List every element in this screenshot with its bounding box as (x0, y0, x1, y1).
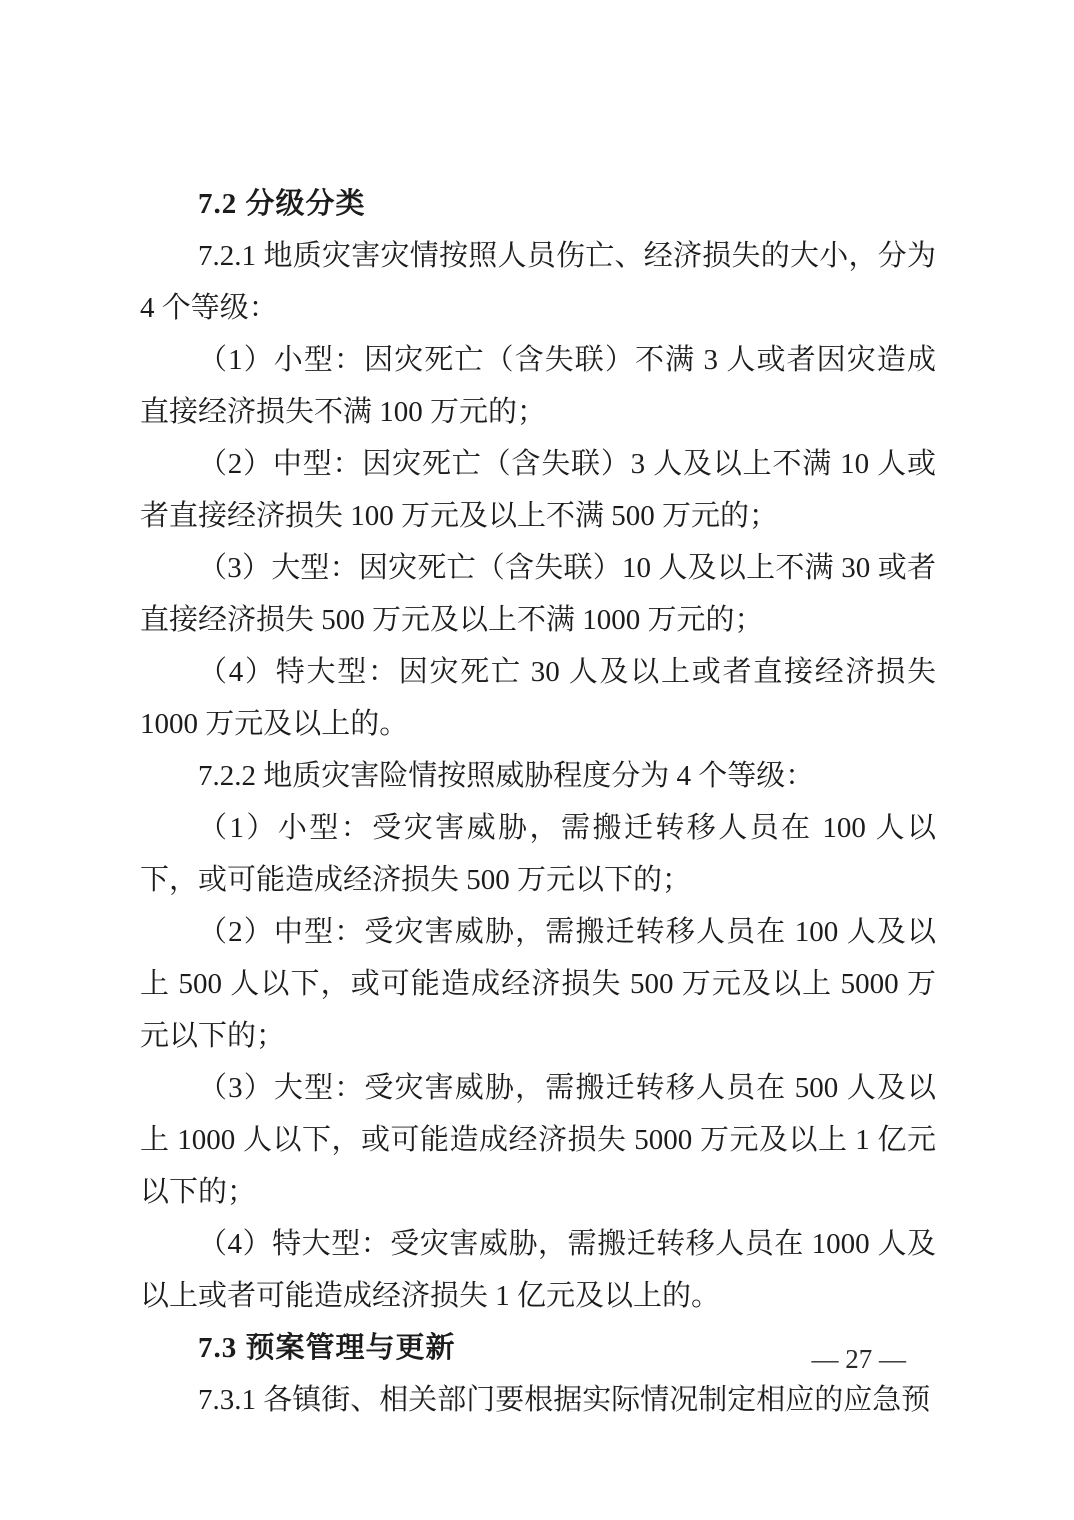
section-heading-7-2: 7.2 分级分类 (140, 178, 936, 230)
paragraph-7-2-2-item1: （1）小型：受灾害威胁，需搬迁转移人员在 100 人以下，或可能造成经济损失 5… (140, 802, 936, 906)
paragraph-7-2-1: 7.2.1 地质灾害灾情按照人员伤亡、经济损失的大小，分为 4 个等级： (140, 230, 936, 334)
paragraph-7-2-1-item4: （4）特大型：因灾死亡 30 人及以上或者直接经济损失 1000 万元及以上的。 (140, 646, 936, 750)
paragraph-7-2-2-item4: （4）特大型：受灾害威胁，需搬迁转移人员在 1000 人及以上或者可能造成经济损… (140, 1218, 936, 1322)
paragraph-7-2-2-item2: （2）中型：受灾害威胁，需搬迁转移人员在 100 人及以上 500 人以下，或可… (140, 906, 936, 1062)
page-number: — 27 — (0, 1344, 1074, 1375)
document-page: 7.2 分级分类 7.2.1 地质灾害灾情按照人员伤亡、经济损失的大小，分为 4… (0, 0, 1074, 1520)
paragraph-7-2-1-item1: （1）小型：因灾死亡（含失联）不满 3 人或者因灾造成直接经济损失不满 100 … (140, 334, 936, 438)
paragraph-7-3-1: 7.3.1 各镇街、相关部门要根据实际情况制定相应的应急预 (140, 1374, 936, 1426)
paragraph-7-2-2: 7.2.2 地质灾害险情按照威胁程度分为 4 个等级： (140, 750, 936, 802)
paragraph-7-2-2-item3: （3）大型：受灾害威胁，需搬迁转移人员在 500 人及以上 1000 人以下，或… (140, 1062, 936, 1218)
paragraph-7-2-1-item2: （2）中型：因灾死亡（含失联）3 人及以上不满 10 人或者直接经济损失 100… (140, 438, 936, 542)
paragraph-7-2-1-item3: （3）大型：因灾死亡（含失联）10 人及以上不满 30 或者直接经济损失 500… (140, 542, 936, 646)
document-text-block: 7.2 分级分类 7.2.1 地质灾害灾情按照人员伤亡、经济损失的大小，分为 4… (140, 178, 936, 1426)
